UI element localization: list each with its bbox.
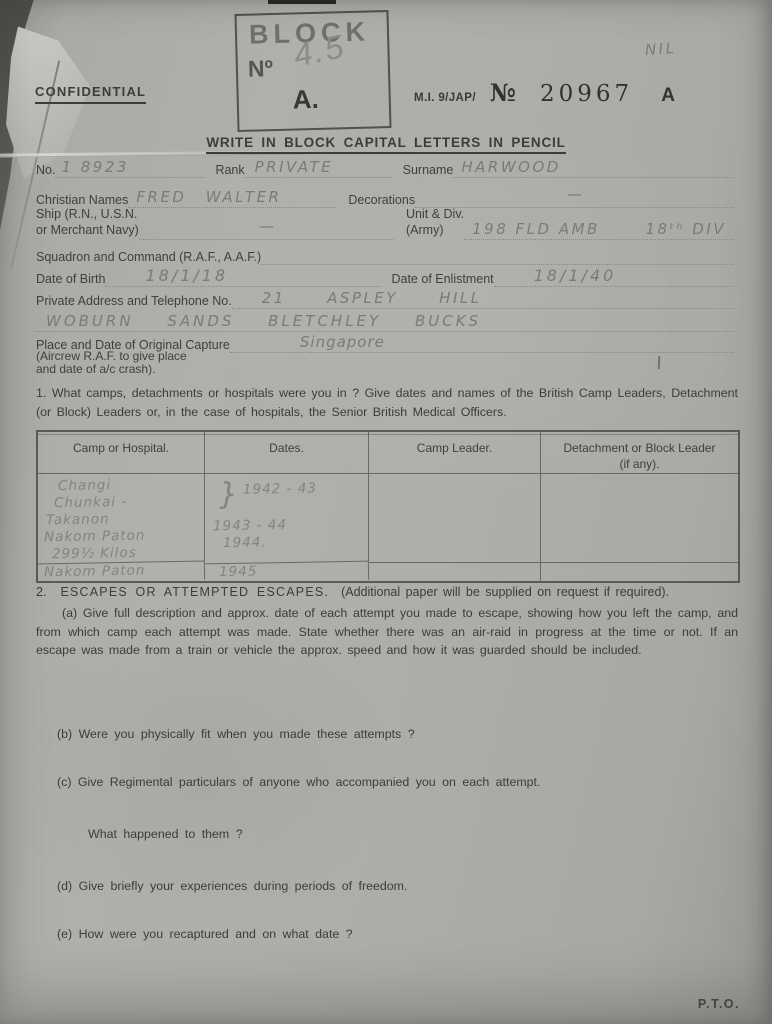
capture-field: Singapore [230, 333, 734, 353]
christian-names-field: FRED WALTER [128, 188, 336, 208]
ship-label: Ship (R.N., U.S.N. or Merchant Navy) [36, 206, 139, 240]
ref-number: 20967 [540, 81, 633, 107]
col-header-detachment: Detachment or Block Leader (if any). [541, 432, 738, 474]
unit-value: 198 FLD AMB [472, 220, 600, 239]
question-2-note: (Additional paper will be supplied on re… [341, 585, 669, 599]
block-number-stamp: BLOCK Nº A. 4.5 [234, 10, 391, 132]
question-1-text: 1. What camps, detachments or hospitals … [36, 384, 738, 421]
scan-artifact-bar [268, 0, 336, 4]
col-header-dates: Dates. [205, 432, 369, 474]
division-value: 18ᵗʰ DIV [646, 220, 727, 239]
capture-label-line2: (Aircrew R.A.F. to give place [36, 349, 187, 363]
scan-artifact-tick [658, 356, 660, 369]
row-dob-enlistment: Date of Birth 18/1/18 Date of Enlistment… [36, 266, 734, 287]
confidential-marking: CONFIDENTIAL [35, 84, 146, 104]
question-2d-text: (d) Give briefly your experiences during… [57, 879, 407, 893]
row-address-line2: WOBURN SANDS BLETCHLEY BUCKS [36, 312, 734, 332]
no-label: No. [36, 163, 55, 178]
decorations-field: — [415, 185, 734, 208]
address-field-line2: WOBURN SANDS BLETCHLEY BUCKS [36, 312, 734, 332]
ref-prefix: M.I. 9/JAP/ [414, 92, 476, 104]
question-2e-text: (e) How were you recaptured and on what … [57, 927, 353, 941]
address-label: Private Address and Telephone No. [36, 294, 232, 309]
dob-value: 18/1/18 [105, 266, 228, 286]
question-2c-text: (c) Give Regimental particulars of anyon… [57, 775, 540, 789]
no-value: 1 8923 [55, 158, 129, 177]
rank-label: Rank [215, 163, 244, 178]
empty-foot-cell [369, 562, 541, 581]
unit-group: Unit & Div. (Army) 198 FLD AMB 18ᵗʰ DIV [406, 206, 734, 240]
dob-field: 18/1/18 [105, 266, 381, 287]
last-date-cell: 1945 [205, 561, 369, 583]
enlistment-value: 18/1/40 [494, 266, 617, 286]
camps-cell: Changi Chunkai - Takanon Nakom Paton 299… [38, 474, 205, 562]
row-ship-unit: Ship (R.N., U.S.N. or Merchant Navy) — U… [36, 206, 734, 240]
scanned-pow-questionnaire-page: CONFIDENTIAL BLOCK Nº A. 4.5 M.I. 9/JAP/… [0, 0, 772, 1024]
brace-mark: } [219, 478, 240, 512]
rank-value: PRIVATE [245, 158, 333, 177]
dates-cell: } 1942 - 43 1943 - 44 1944. [205, 474, 369, 562]
handwritten-nil-note: NIL [644, 39, 677, 60]
col-header-camp: Camp or Hospital. [38, 432, 205, 474]
please-turn-over: P.T.O. [698, 997, 740, 1011]
form-instruction-title: WRITE IN BLOCK CAPITAL LETTERS IN PENCIL [0, 134, 772, 154]
question-2-number: 2. [36, 585, 46, 599]
unit-field: 198 FLD AMB 18ᵗʰ DIV [464, 220, 734, 240]
surname-value: HARWOOD [453, 158, 560, 177]
dob-label: Date of Birth [36, 272, 105, 287]
rank-field: PRIVATE [245, 158, 391, 178]
address-value-line1: 21 ASPLEY HILL [232, 289, 482, 308]
capture-label-line3: and date of a/c crash). [36, 362, 155, 376]
no-field: 1 8923 [55, 158, 205, 178]
question-2c-followup-text: What happened to them ? [88, 827, 243, 841]
ship-field: — [139, 217, 394, 240]
squadron-field [261, 248, 734, 265]
last-camp-cell: Nakom Paton [38, 561, 205, 583]
ref-no-symbol: № [490, 78, 516, 107]
address-value-line2: WOBURN SANDS BLETCHLEY BUCKS [36, 312, 481, 331]
enlistment-field: 18/1/40 [494, 266, 734, 287]
squadron-label: Squadron and Command (R.A.F., A.A.F.) [36, 250, 261, 265]
empty-foot-cell [541, 562, 738, 581]
row-squadron: Squadron and Command (R.A.F., A.A.F.) [36, 248, 734, 265]
unit-label: Unit & Div. (Army) [406, 206, 464, 240]
ship-value: — [259, 217, 274, 239]
decorations-value: — [567, 185, 582, 207]
question-2a-text: (a) Give full description and approx. da… [36, 604, 738, 660]
detachment-leader-cell [541, 474, 738, 562]
stamp-a-text: A. [292, 84, 319, 116]
enlistment-label: Date of Enlistment [391, 272, 493, 287]
dates-entry: 1944. [211, 533, 362, 553]
christian-names-value: FRED WALTER [128, 188, 281, 207]
ship-group: Ship (R.N., U.S.N. or Merchant Navy) — [36, 206, 394, 240]
stamp-no-text: Nº [248, 55, 274, 83]
file-reference: M.I. 9/JAP/ № 20967 A [414, 78, 675, 107]
dates-entry: } 1942 - 43 [211, 476, 363, 519]
row-names-decorations: Christian Names FRED WALTER Decorations … [36, 185, 734, 208]
question-2-heading: 2. ESCAPES OR ATTEMPTED ESCAPES. (Additi… [36, 585, 669, 599]
camps-table: Camp or Hospital. Dates. Camp Leader. De… [36, 430, 740, 583]
question-2b-text: (b) Were you physically fit when you mad… [57, 727, 415, 741]
capture-value: Singapore [230, 333, 385, 352]
question-2-title: ESCAPES OR ATTEMPTED ESCAPES. [60, 585, 329, 599]
address-field-line1: 21 ASPLEY HILL [232, 289, 734, 309]
col-header-leader: Camp Leader. [369, 432, 541, 474]
ref-series-letter: A [661, 85, 675, 107]
row-number-rank-surname: No. 1 8923 Rank PRIVATE Surname HARWOOD [36, 158, 734, 178]
surname-field: HARWOOD [453, 158, 734, 178]
surname-label: Surname [403, 163, 454, 178]
row-address: Private Address and Telephone No. 21 ASP… [36, 289, 734, 309]
camp-leader-cell [369, 474, 541, 562]
